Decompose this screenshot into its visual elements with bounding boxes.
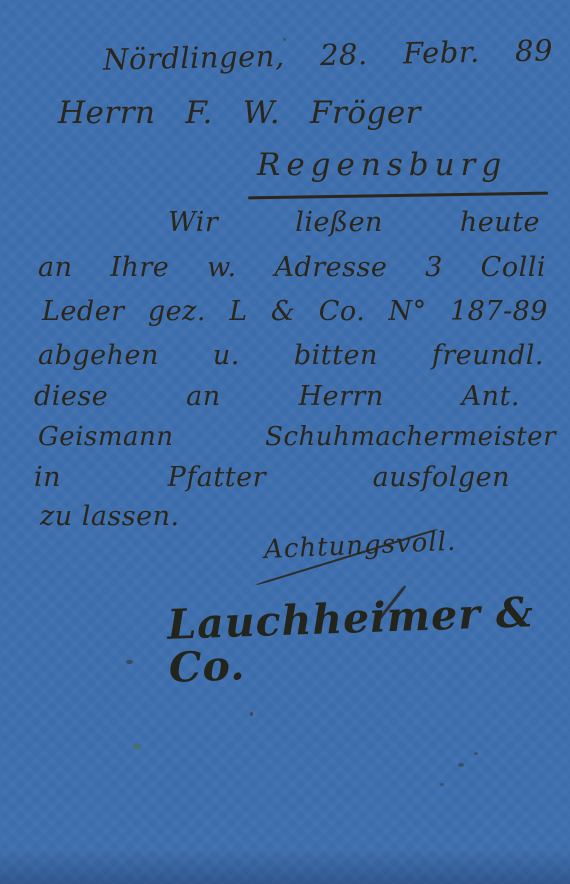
- body-line: an Ihre w. Adresse 3 Colli: [38, 254, 546, 282]
- body-line: Wir ließen heute: [168, 209, 540, 237]
- body-line: abgehen u. bitten freundl.: [38, 342, 544, 370]
- ink-spot: [474, 752, 478, 755]
- pen-flourish: [0, 103, 24, 199]
- ink-spot: [133, 744, 141, 749]
- body-line: Geismann Schuhmachermeister: [38, 424, 556, 451]
- ink-spot: [126, 660, 133, 664]
- recipient-city-line: Regensburg: [257, 149, 533, 182]
- signature: Lauchheimer & Co.: [167, 590, 566, 690]
- ink-spot: [440, 783, 444, 786]
- date-line: Nördlingen, 28. Febr. 89: [103, 35, 554, 75]
- recipient-name-line: Herrn F. W. Fröger: [58, 97, 421, 130]
- scan-background: Nördlingen, 28. Febr. 89 Herrn F. W. Frö…: [0, 0, 570, 884]
- body-line: diese an Herrn Ant.: [34, 383, 520, 411]
- ink-spot: [458, 763, 464, 767]
- postcard-paper: Nördlingen, 28. Febr. 89 Herrn F. W. Frö…: [0, 0, 570, 884]
- body-line: Leder gez. L & Co. N° 187-89: [42, 298, 548, 326]
- city-underline: [248, 192, 548, 200]
- ink-spot: [283, 38, 286, 41]
- ink-spot: [250, 712, 253, 716]
- body-line: in Pfatter ausfolgen: [34, 464, 510, 492]
- closing-line: Achtungsvoll.: [264, 525, 543, 564]
- body-line: zu lassen.: [40, 503, 230, 531]
